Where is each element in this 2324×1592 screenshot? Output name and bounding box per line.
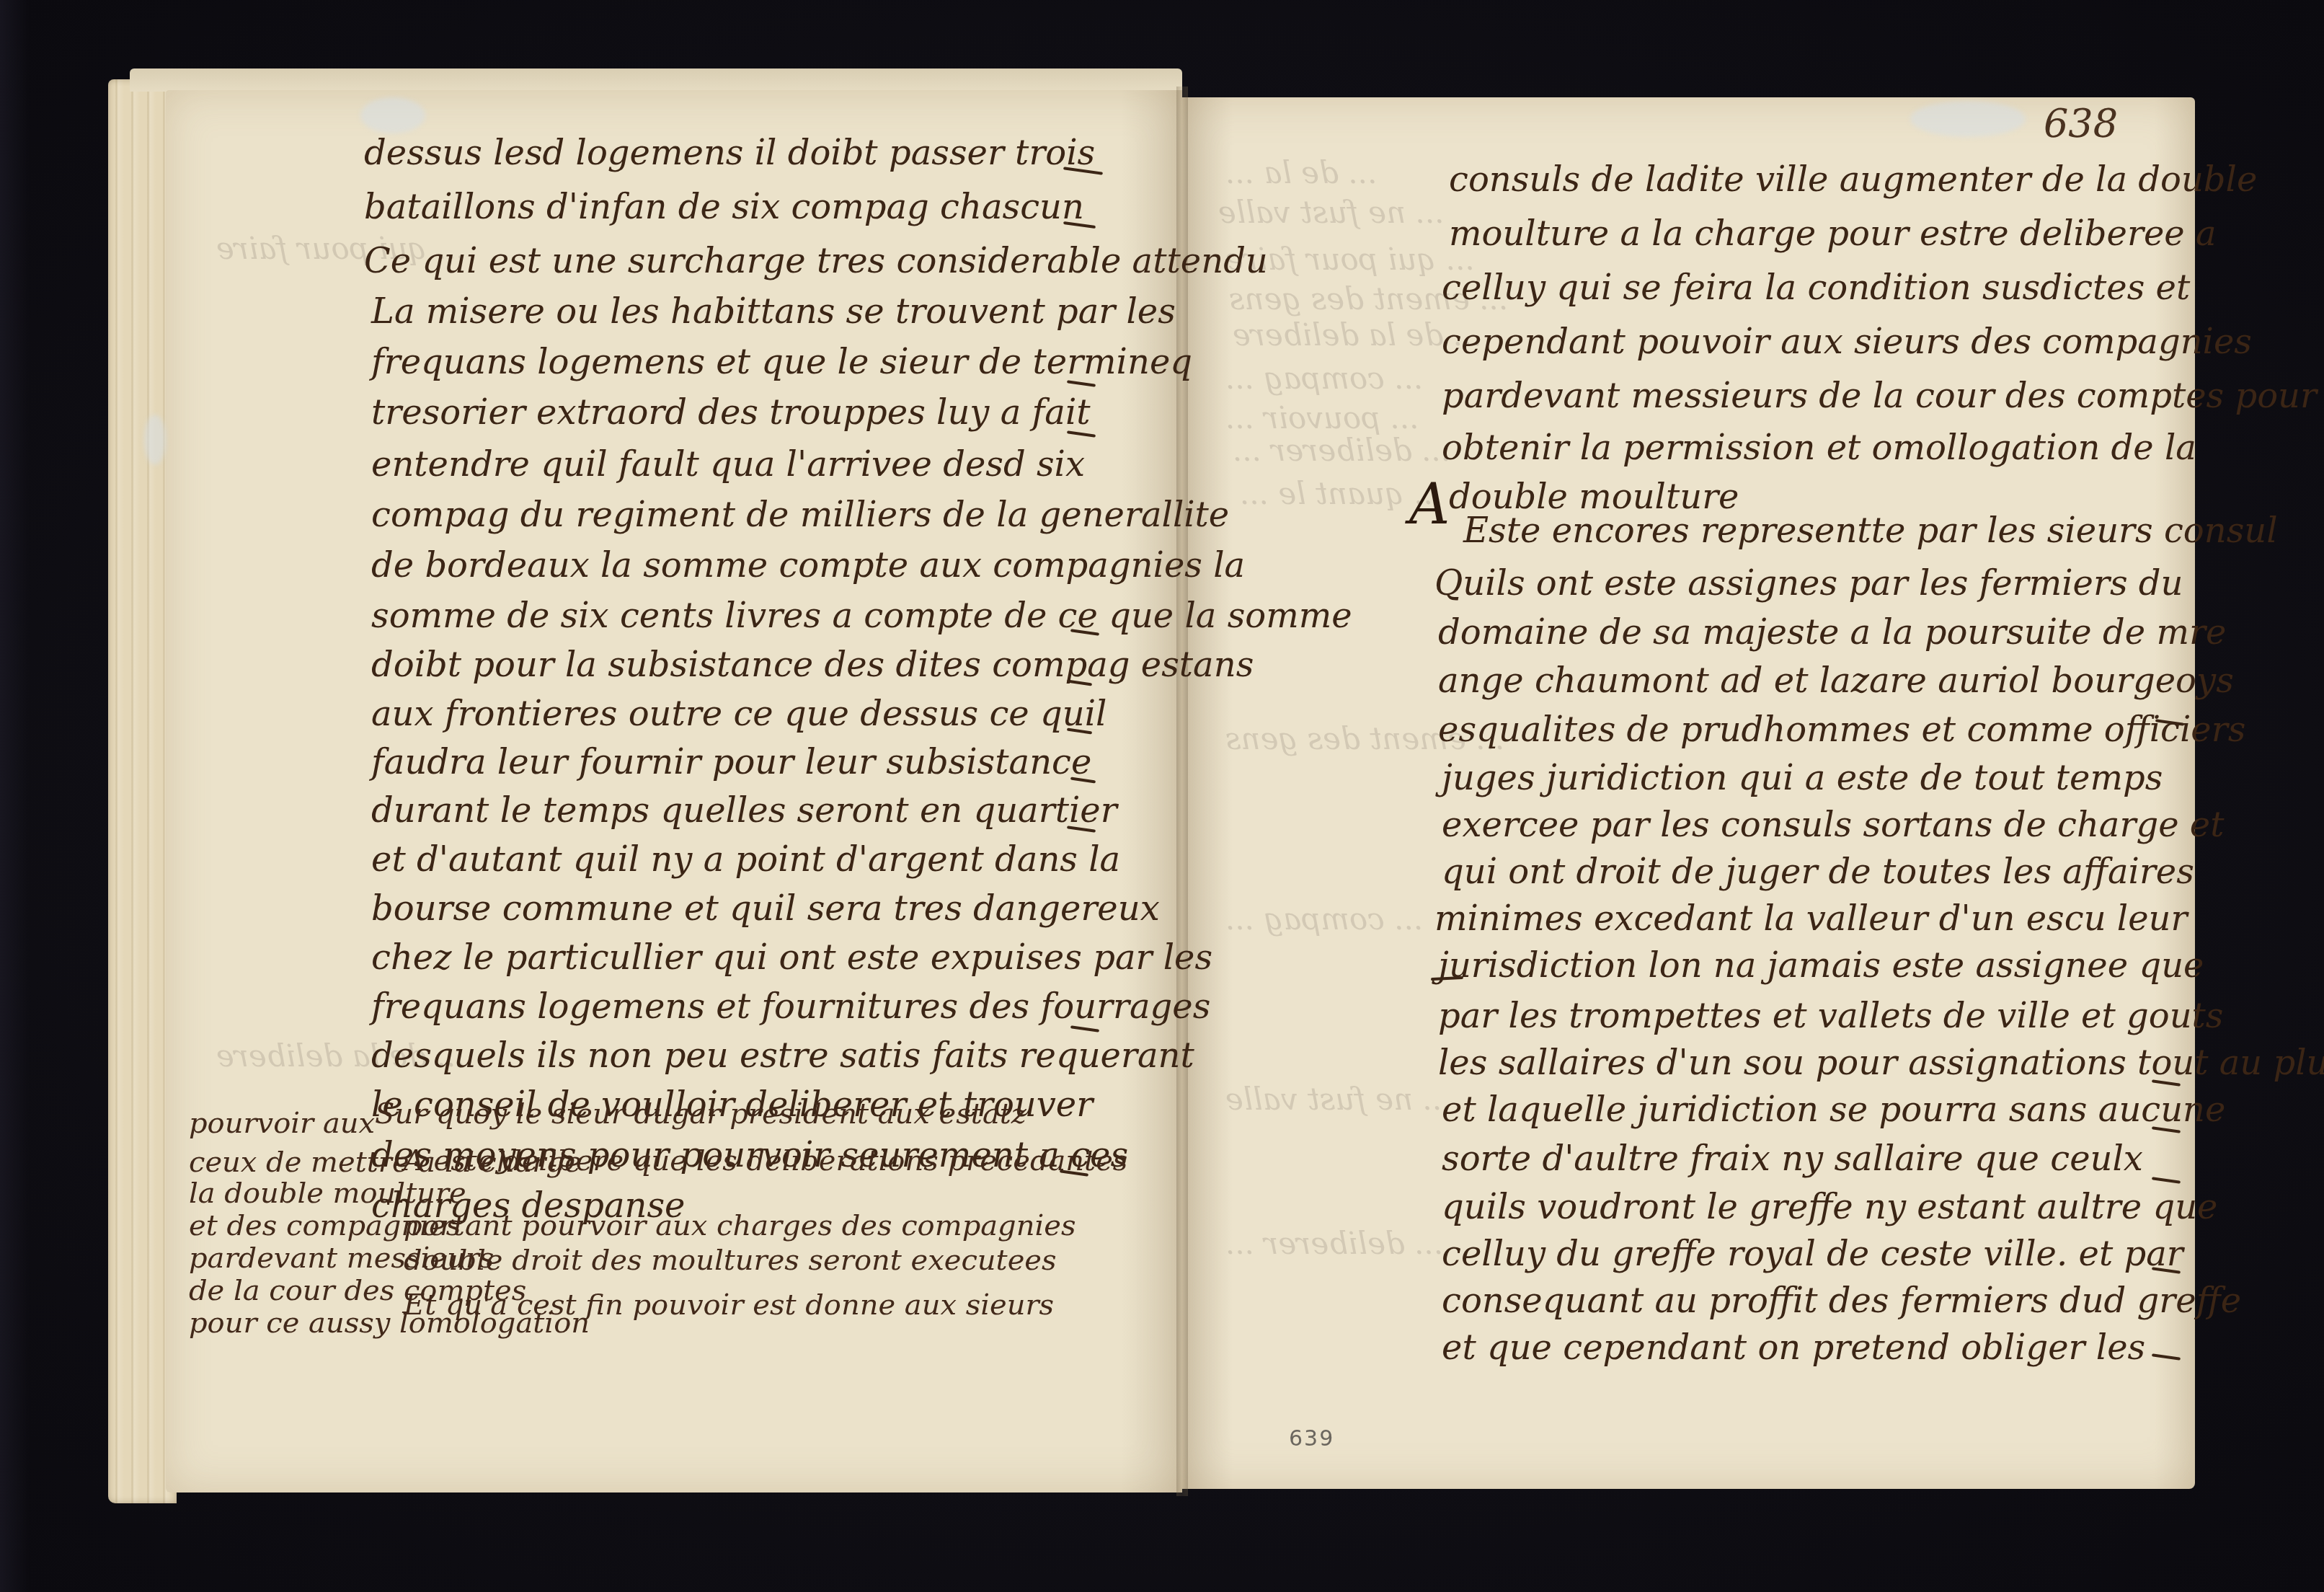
text-line: par les trompettes et vallets de ville e… (1438, 999, 2223, 1033)
bleed-text: ... ne fust valle (1225, 1082, 1452, 1117)
water-stain (144, 415, 166, 465)
text-line: celluy du greffe royal de ceste ville. e… (1442, 1237, 2183, 1271)
text-line: Ce qui est une surcharge tres considerab… (364, 244, 1268, 278)
resolution-line: Et qu'a cest fin pouvoir est donne aux s… (404, 1291, 1054, 1319)
water-stain (360, 97, 425, 133)
text-line: exercee par les consuls sortans de charg… (1442, 808, 2224, 842)
text-line: domaine de sa majeste a la poursuite de … (1438, 615, 2226, 650)
text-line: esqualites de prudhommes et comme offici… (1438, 712, 2245, 747)
text-line: de bordeaux la somme compte aux compagni… (371, 548, 1245, 583)
text-line: jurisdiction lon na jamais este assignee… (1438, 948, 2204, 983)
text-line: et laquelle juridiction se pourra sans a… (1442, 1092, 2225, 1127)
text-line: moulture a la charge pour estre delibere… (1449, 216, 2217, 251)
water-stain (1910, 101, 2026, 137)
text-line: consequant au proffit des fermiers dud g… (1442, 1283, 2241, 1318)
text-line: La misere ou les habittans se trouvent p… (371, 294, 1176, 329)
text-line: juges juridiction qui a este de tout tem… (1442, 761, 2163, 795)
text-line: obtenir la permission et omollogation de… (1442, 430, 2196, 465)
text-line: Quils ont este assignes par les fermiers… (1434, 566, 2183, 601)
text-line: qui ont droit de juger de toutes les aff… (1442, 854, 2194, 889)
text-line: et que cependant on pretend obliger les (1442, 1330, 2145, 1365)
margin-note: la double moulture (189, 1179, 466, 1208)
book-gutter (1176, 87, 1188, 1496)
resolution-line: Sur quoy le sieur dugar president aux es… (375, 1100, 1026, 1128)
text-line: consuls de ladite ville augmenter de la … (1449, 162, 2257, 197)
resolution-line: double droit des moultures seront execut… (404, 1246, 1057, 1275)
text-line: double moulture (1449, 479, 1739, 514)
paragraph-initial: A (1409, 472, 1450, 537)
text-line: faudra leur fournir pour leur subsistanc… (371, 745, 1091, 779)
text-line: sorte d'aultre fraix ny sallaire que ceu… (1442, 1141, 2143, 1176)
margin-note: pourvoir aux (189, 1109, 375, 1138)
text-line: somme de six cents livres a compte de ce… (371, 598, 1352, 633)
pencil-folio-number: 639 (1289, 1426, 1334, 1451)
text-line: ange chaumont ad et lazare auriol bourge… (1438, 663, 2234, 698)
bleed-text: ... deliberer ... (1233, 433, 1450, 468)
text-line: cependant pouvoir aux sieurs des compagn… (1442, 324, 2252, 359)
bleed-text: ... compag ... (1225, 361, 1423, 396)
text-line: aux frontieres outre ce que dessus ce qu… (371, 696, 1106, 731)
resolution-line: portant pourvoir aux charges des compagn… (404, 1211, 1075, 1240)
text-line: et d'autant quil ny a point d'argent dan… (371, 842, 1120, 877)
text-line: pardevant messieurs de la cour des compt… (1442, 379, 2317, 413)
text-line: desquels ils non peu estre satis faits r… (371, 1038, 1194, 1073)
bleed-text: ... ne fust valle (1218, 195, 1445, 230)
text-line: frequans logemens et que le sieur de ter… (371, 345, 1192, 379)
text-line: durant le temps quelles seront en quarti… (371, 793, 1117, 828)
bleed-text: ... pouvoir ... (1225, 400, 1419, 435)
text-line: celluy qui se feira la condition susdict… (1442, 270, 2190, 305)
text-line: compag du regiment de milliers de la gen… (371, 497, 1229, 532)
text-line: bataillons d'infan de six compag chascun (364, 190, 1084, 224)
bleed-text: ... compag ... (1225, 901, 1423, 937)
text-line: minimes excedant la valleur d'un escu le… (1434, 901, 2187, 936)
text-line: tresorier extraord des trouppes luy a fa… (371, 395, 1091, 430)
bleed-text: ... de la ... (1225, 155, 1377, 190)
resolution-line: A este delibere que les deliberations pr… (404, 1146, 1127, 1175)
text-line: dessus lesd logemens il doibt passer tro… (364, 136, 1095, 170)
text-line: bourse commune et quil sera tres dangere… (371, 891, 1160, 926)
text-line: Este encores representte par les sieurs … (1463, 513, 2278, 548)
text-line: les sallaires d'un sou pour assignations… (1438, 1045, 2324, 1080)
text-line: chez le particullier qui ont este expuis… (371, 940, 1212, 975)
text-line: doibt pour la subsistance des dites comp… (371, 647, 1254, 682)
page-number: 638 (2044, 101, 2118, 146)
text-line: quils voudront le greffe ny estant aultr… (1442, 1190, 2217, 1224)
bleed-text: ... deliberer ... (1225, 1226, 1443, 1261)
text-line: frequans logemens et fournitures des fou… (371, 989, 1210, 1024)
text-line: entendre quil fault qua l'arrivee desd s… (371, 447, 1085, 482)
left-page-top-edge (130, 68, 1182, 92)
